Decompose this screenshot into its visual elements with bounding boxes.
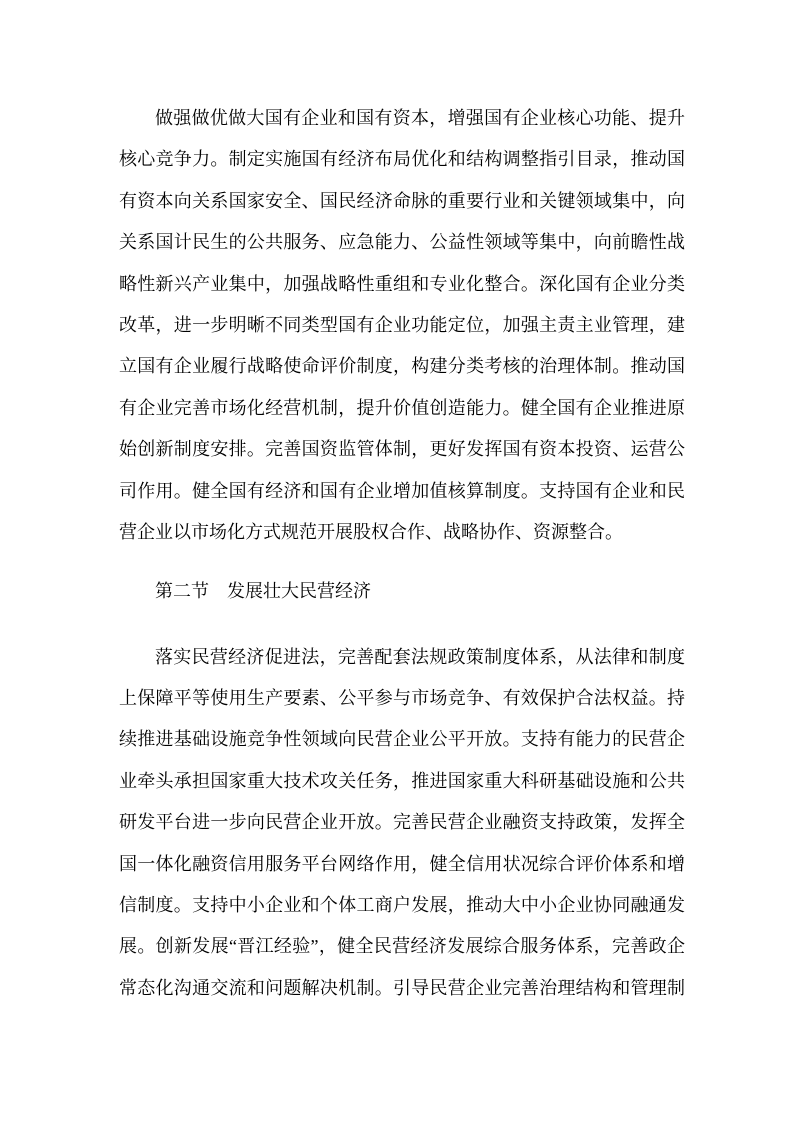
text-line: 上保障平等使用生产要素、公平参与市场竞争、有效保护合法权益。持 (119, 678, 685, 719)
text-line: 业牵头承担国家重大技术攻关任务，推进国家重大科研基础设施和公共 (119, 761, 685, 802)
text-line: 常态化沟通交流和问题解决机制。引导民营企业完善治理结构和管理制 (119, 968, 685, 1009)
text-line: 核心竞争力。制定实施国有经济布局优化和结构调整指引目录，推动国 (119, 139, 685, 180)
text-line: 续推进基础设施竞争性领域向民营企业公平开放。支持有能力的民营企 (119, 719, 685, 760)
text-line: 有企业完善市场化经营机制，提升价值创造能力。健全国有企业推进原 (119, 388, 685, 429)
section-heading: 第二节 发展壮大民营经济 (119, 571, 685, 612)
text-line: 营企业以市场化方式规范开展股权合作、战略协作、资源整合。 (119, 512, 685, 553)
text-line: 做强做优做大国有企业和国有资本，增强国有企业核心功能、提升 (119, 98, 685, 139)
text-line: 落实民营经济促进法，完善配套法规政策制度体系，从法律和制度 (119, 637, 685, 678)
paragraph-soe: 做强做优做大国有企业和国有资本，增强国有企业核心功能、提升 核心竞争力。制定实施… (119, 98, 685, 553)
text-line: 有资本向关系国家安全、国民经济命脉的重要行业和关键领域集中，向 (119, 181, 685, 222)
text-line: 司作用。健全国有经济和国有企业增加值核算制度。支持国有企业和民 (119, 471, 685, 512)
paragraph-private-economy: 落实民营经济促进法，完善配套法规政策制度体系，从法律和制度 上保障平等使用生产要… (119, 637, 685, 1010)
text-line: 改革，进一步明晰不同类型国有企业功能定位，加强主责主业管理，建 (119, 305, 685, 346)
text-line: 关系国计民生的公共服务、应急能力、公益性领域等集中，向前瞻性战 (119, 222, 685, 263)
text-line: 研发平台进一步向民营企业开放。完善民营企业融资支持政策，发挥全 (119, 802, 685, 843)
text-line: 始创新制度安排。完善国资监管体制，更好发挥国有资本投资、运营公 (119, 429, 685, 470)
text-line: 展。创新发展“晋江经验”，健全民营经济发展综合服务体系，完善政企 (119, 926, 685, 967)
text-line: 信制度。支持中小企业和个体工商户发展，推动大中小企业协同融通发 (119, 885, 685, 926)
document-page: 做强做优做大国有企业和国有资本，增强国有企业核心功能、提升 核心竞争力。制定实施… (0, 0, 793, 1122)
text-line: 立国有企业履行战略使命评价制度，构建分类考核的治理体制。推动国 (119, 346, 685, 387)
text-line: 略性新兴产业集中，加强战略性重组和专业化整合。深化国有企业分类 (119, 264, 685, 305)
text-line: 国一体化融资信用服务平台网络作用，健全信用状况综合评价体系和增 (119, 844, 685, 885)
